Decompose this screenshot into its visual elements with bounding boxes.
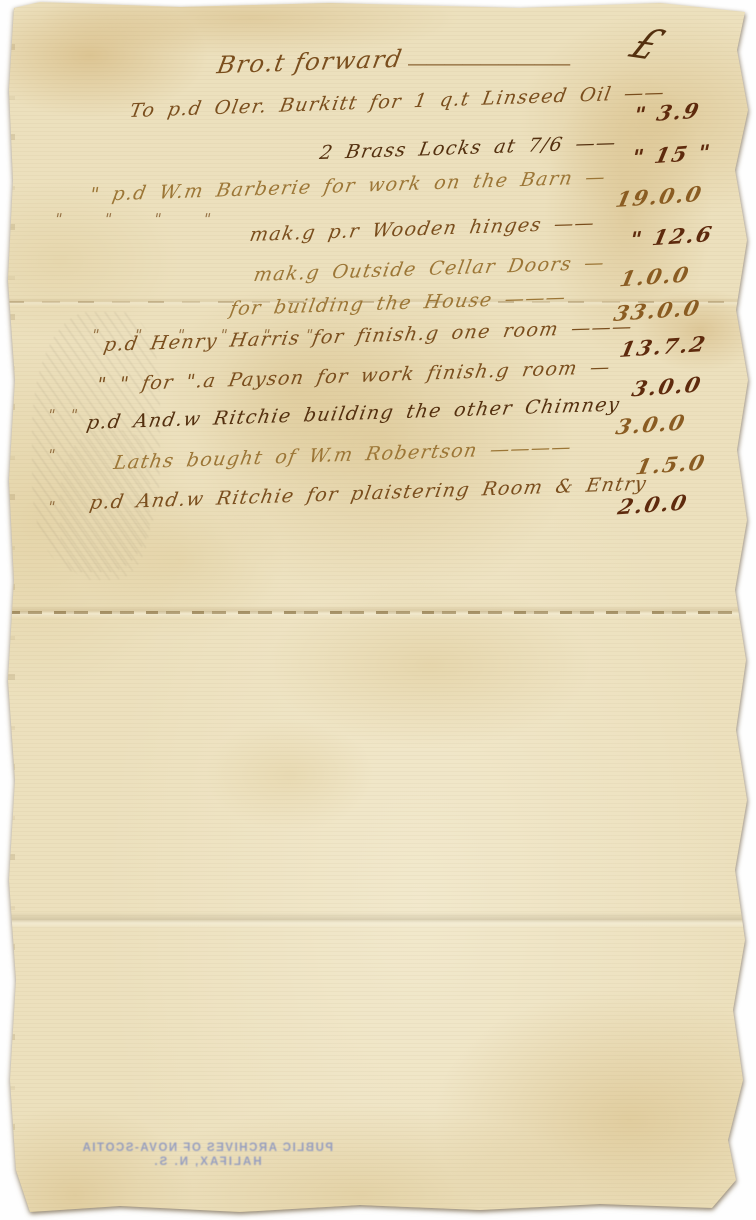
- entry-amount: " 15 ": [630, 139, 715, 169]
- stamp-line1: PUBLIC ARCHIVES OF NOVA-SCOTIA: [72, 1142, 342, 1154]
- brought-forward-rule: —————————: [407, 51, 569, 75]
- ledger-entry: 2 Brass Locks at 7/6 —— " 15 ": [0, 142, 756, 176]
- ditto-marks-row: " " " ": [53, 210, 214, 228]
- ledger-entry: To p.d Oler. Burkitt for 1 q.t Linseed O…: [0, 100, 756, 134]
- ledger-entry: p.d And.w Ritchie for plaistering Room &…: [0, 492, 756, 526]
- entry-amount: 19.0.0: [614, 181, 706, 212]
- ditto-marks-row: " " " " " ": [90, 326, 316, 344]
- binding-fragment-top: [0, 0, 9, 26]
- ledger-content: Bro.t forward ————————— £ To p.d Oler. B…: [0, 0, 756, 1220]
- binding-fragment-bottom: [0, 1133, 7, 1167]
- entry-amount: 13.7.2: [618, 331, 710, 362]
- archive-stamp: PUBLIC ARCHIVES OF NOVA-SCOTIA HALIFAX, …: [72, 1142, 342, 1168]
- pound-currency-mark: £: [622, 20, 672, 69]
- paper-surface: Bro.t forward ————————— £ To p.d Oler. B…: [0, 0, 756, 1220]
- brought-forward-label: Bro.t forward: [215, 45, 405, 79]
- archive-stamp-text: PUBLIC ARCHIVES OF NOVA-SCOTIA HALIFAX, …: [72, 1142, 342, 1168]
- entry-description: To p.d Oler. Burkitt for 1 q.t Linseed O…: [128, 81, 667, 122]
- ledger-entry: mak.g p.r Wooden hinges —— " 12.6: [0, 224, 756, 258]
- entry-amount: 2.0.0: [616, 490, 691, 520]
- entry-amount: 3.0.0: [630, 372, 705, 402]
- entry-amount: " 12.6: [628, 221, 716, 252]
- entry-amount: 1.0.0: [618, 262, 693, 292]
- ditto-marks-row: " ": [46, 406, 81, 424]
- entry-description: 2 Brass Locks at 7/6 ——: [318, 132, 618, 164]
- ledger-entry: p.d And.w Ritchie building the other Chi…: [0, 412, 756, 446]
- paper-sheet: Bro.t forward ————————— £ To p.d Oler. B…: [0, 0, 756, 1220]
- document-scan: Bro.t forward ————————— £ To p.d Oler. B…: [0, 0, 756, 1220]
- entry-amount: " 3.9: [632, 98, 703, 127]
- stamp-line2: HALIFAX, N. S.: [72, 1156, 342, 1168]
- brought-forward-line: Bro.t forward —————————: [218, 48, 569, 76]
- entry-amount: 3.0.0: [614, 410, 689, 440]
